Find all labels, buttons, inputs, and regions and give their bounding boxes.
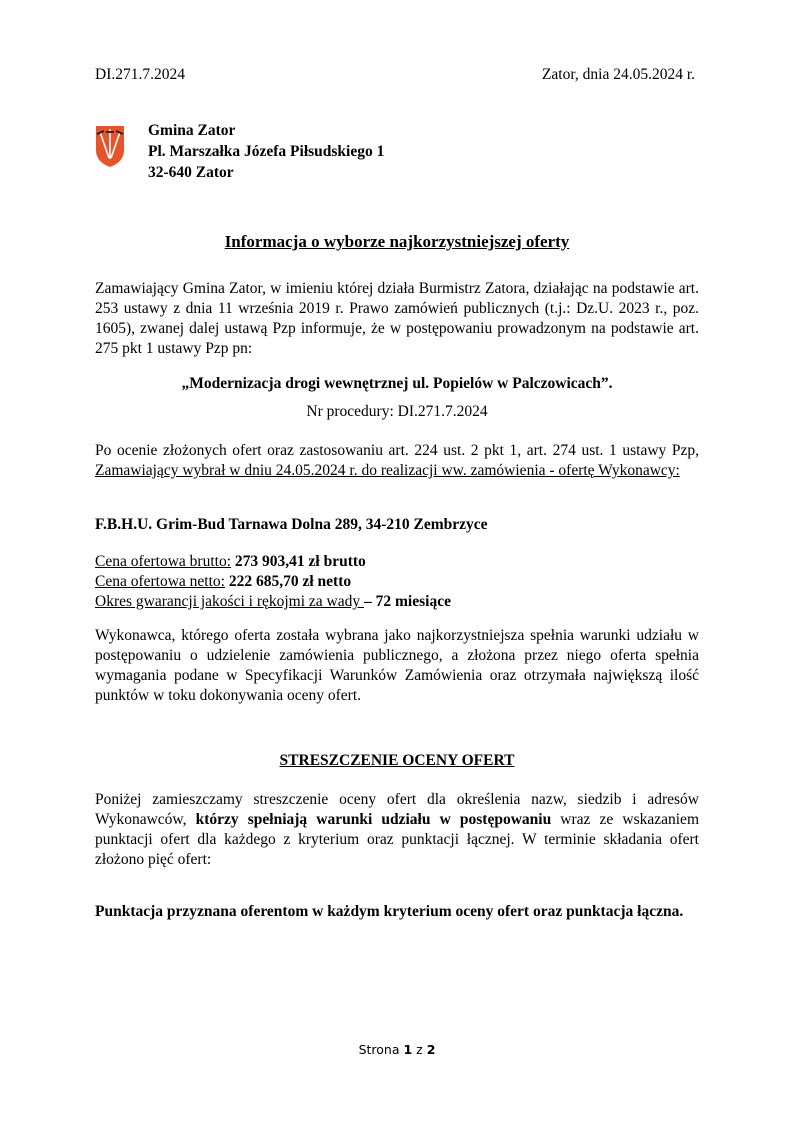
page-label: Strona bbox=[359, 1042, 404, 1057]
evaluation-selection-text: Zamawiający wybrał w dniu 24.05.2024 r. … bbox=[95, 462, 680, 479]
evaluation-text: Po ocenie złożonych ofert oraz zastosowa… bbox=[95, 442, 699, 459]
gross-price-row: Cena ofertowa brutto: 273 903,41 zł brut… bbox=[95, 552, 699, 572]
current-page: 1 bbox=[403, 1042, 412, 1057]
sender-street: Pl. Marszałka Józefa Piłsudskiego 1 bbox=[148, 141, 384, 162]
warranty-value: – 72 miesiące bbox=[364, 593, 451, 610]
place-and-date: Zator, dnia 24.05.2024 r. bbox=[542, 66, 695, 84]
sender-name: Gmina Zator bbox=[148, 120, 384, 141]
summary-text-bold: którzy spełniają warunki udziału w postę… bbox=[196, 811, 552, 828]
net-price-value: 222 685,70 zł netto bbox=[225, 573, 351, 590]
gross-price-value: 273 903,41 zł brutto bbox=[231, 553, 366, 570]
intro-paragraph: Zamawiający Gmina Zator, w imieniu które… bbox=[95, 279, 699, 359]
procedure-number: Nr procedury: DI.271.7.2024 bbox=[0, 403, 794, 421]
document-title: Informacja o wyborze najkorzystniejszej … bbox=[0, 232, 794, 252]
warranty-row: Okres gwarancji jakości i rękojmi za wad… bbox=[95, 592, 699, 612]
zator-coat-of-arms-icon bbox=[95, 124, 125, 168]
justification-paragraph: Wykonawca, którego oferta została wybran… bbox=[95, 626, 699, 706]
project-name: „Modernizacja drogi wewnętrznej ul. Popi… bbox=[0, 375, 794, 393]
selected-contractor: F.B.H.U. Grim-Bud Tarnawa Dolna 289, 34-… bbox=[95, 515, 699, 535]
warranty-label: Okres gwarancji jakości i rękojmi za wad… bbox=[95, 593, 364, 610]
page-separator: z bbox=[412, 1042, 427, 1057]
sender-address: Gmina Zator Pl. Marszałka Józefa Piłsuds… bbox=[148, 120, 384, 183]
page-footer: Strona 1 z 2 bbox=[0, 1042, 794, 1057]
document-reference: DI.271.7.2024 bbox=[95, 66, 185, 84]
net-price-label: Cena ofertowa netto: bbox=[95, 573, 225, 590]
total-pages: 2 bbox=[427, 1042, 436, 1057]
summary-heading: STRESZCZENIE OCENY OFERT bbox=[0, 752, 794, 770]
net-price-row: Cena ofertowa netto: 222 685,70 zł netto bbox=[95, 572, 699, 592]
summary-paragraph: Poniżej zamieszczamy streszczenie oceny … bbox=[95, 790, 699, 870]
evaluation-paragraph: Po ocenie złożonych ofert oraz zastosowa… bbox=[95, 441, 699, 481]
sender-city: 32-640 Zator bbox=[148, 162, 384, 183]
gross-price-label: Cena ofertowa brutto: bbox=[95, 553, 231, 570]
scoring-heading: Punktacja przyznana oferentom w każdym k… bbox=[95, 902, 699, 922]
offer-details: Cena ofertowa brutto: 273 903,41 zł brut… bbox=[95, 552, 699, 612]
